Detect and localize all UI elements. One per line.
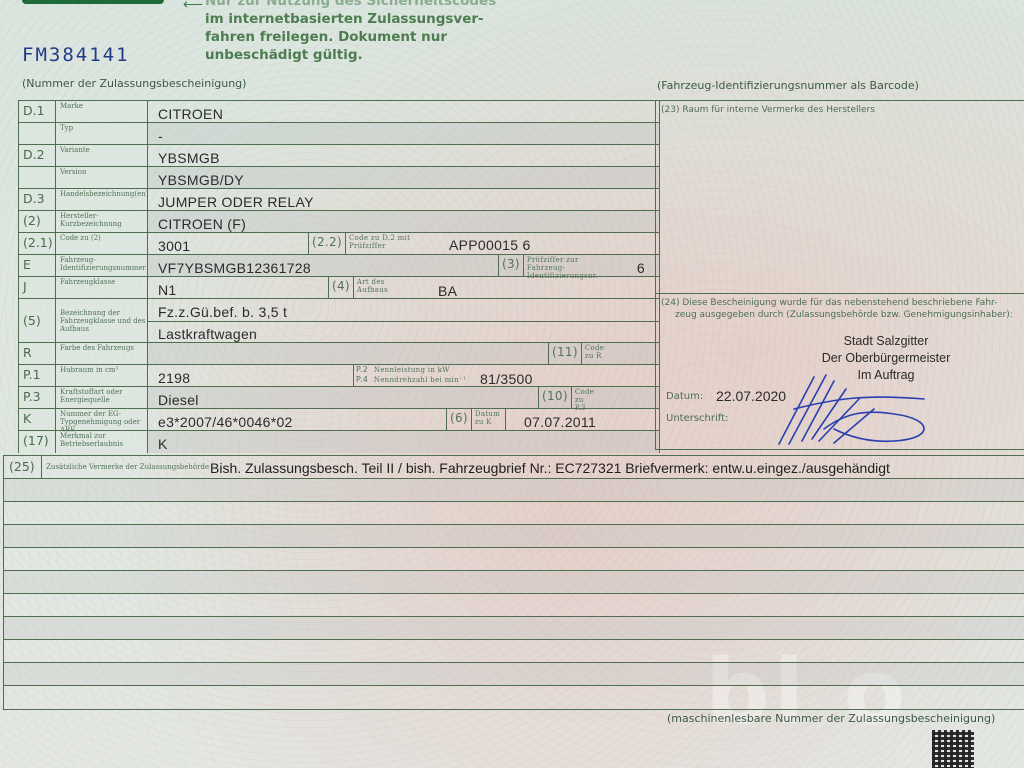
notice-line: Nur zur Nutzung des Sicherheitscodes <box>205 0 535 10</box>
field-value-body-type: BA <box>438 283 457 299</box>
remark-line <box>4 616 1024 639</box>
field-code: D.3 <box>18 189 56 210</box>
field-label: Nennleistung in kW <box>374 366 450 374</box>
field-code: D.1 <box>18 101 56 122</box>
field-value-remarks: Bish. Zulassungsbesch. Teil II / bish. F… <box>210 456 890 478</box>
fuel-type: Diesel <box>158 392 199 408</box>
authority-city: Stadt Salzgitter <box>806 333 966 350</box>
arrow-left-icon: ⟵ <box>183 0 203 13</box>
subfield-2-2: (2.2)Code zu D.2 mit Prüfziffer APP00015… <box>308 232 628 254</box>
type-approval-number: e3*2007/46*0046*02 <box>158 414 293 430</box>
field-label: Hersteller-Kurzbezeichnung <box>56 211 148 232</box>
field-label: Bezeichnung der Fahrzeugklasse und des A… <box>56 299 148 342</box>
remark-line <box>4 662 1024 685</box>
field-code: E <box>18 255 56 276</box>
remark-line <box>4 478 1024 501</box>
field-value-class-description: Fz.z.Gü.bef. b. 3,5 t Lastkraftwagen <box>148 299 660 342</box>
security-code-strip <box>22 0 164 4</box>
field-label: Typ <box>56 123 148 144</box>
notice-line: unbeschädigt gültig. <box>205 46 535 64</box>
row-d1: D.1 Marke CITROEN <box>18 100 660 122</box>
certificate-number-caption: (Nummer der Zulassungsbescheinigung) <box>22 77 246 90</box>
issued-by-label: (24) Diese Bescheinigung wurde für das n… <box>661 297 1021 321</box>
field-label: Handelsbezeichnung(en) <box>56 189 148 210</box>
subfield-3: (3)Prüfziffer zur Fahrzeug-Identifizieru… <box>498 254 628 276</box>
field-code: D.2 <box>18 145 56 166</box>
row-25: (25) Zusätzliche Vermerke der Zulassungs… <box>4 455 1024 478</box>
issued-by-label-line2: zeug ausgegeben durch (Zulassungsbehörde… <box>661 309 1021 321</box>
row-5: (5) Bezeichnung der Fahrzeugklasse und d… <box>18 298 660 342</box>
displacement: 2198 <box>158 370 190 386</box>
field-value-fuel: Diesel (10)Code zu P.3 <box>148 387 660 408</box>
field-label: Farbe des Fahrzeugs <box>56 343 148 364</box>
field-label: Nummer der EG-Typgenehmigung oder ABE <box>56 409 148 430</box>
field-code: (4) <box>329 276 353 296</box>
vin: VF7YBSMGB12361728 <box>158 260 311 276</box>
field-label: Code zu P.3 <box>571 386 599 408</box>
notice-line: im internetbasierten Zulassungsver- <box>205 10 535 28</box>
field-label: Fahrzeug-Identifizierungsnummer <box>56 255 148 276</box>
field-value-displacement: 2198 P.2 Nennleistung in kW P.4 Nenndreh… <box>148 365 660 386</box>
field-label: Version <box>56 167 148 188</box>
row-d2-version: Version YBSMGB/DY <box>18 166 660 188</box>
field-value-trade-name: JUMPER ODER RELAY <box>148 189 660 210</box>
vehicle-class: N1 <box>158 282 177 298</box>
issued-by-label-line1: (24) Diese Bescheinigung wurde für das n… <box>661 297 1021 309</box>
row-r: R Farbe des Fahrzeugs (11)Code zu R <box>18 342 660 364</box>
field-value-type: - <box>148 123 660 144</box>
vin-barcode-caption: (Fahrzeug-Identifizierungsnummer als Bar… <box>657 79 919 92</box>
field-label: Nenndrehzahl bei min⁻¹ <box>374 376 466 384</box>
divider <box>656 293 1024 294</box>
field-code: P.2 <box>356 365 368 374</box>
row-d2-typ: Typ - <box>18 122 660 144</box>
additional-remarks: (25) Zusätzliche Vermerke der Zulassungs… <box>3 455 1024 710</box>
signature-icon <box>774 369 944 449</box>
field-label: Code zu D.2 mit Prüfziffer <box>345 232 415 254</box>
field-code: (2) <box>18 211 56 232</box>
field-value-manufacturer-code: 3001 (2.2)Code zu D.2 mit Prüfziffer APP… <box>148 233 660 254</box>
row-2: (2) Hersteller-Kurzbezeichnung CITROEN (… <box>18 210 660 232</box>
row-k: K Nummer der EG-Typgenehmigung oder ABE … <box>18 408 660 430</box>
field-label: Code zu (2) <box>56 233 148 254</box>
field-code <box>18 167 56 188</box>
datamatrix-barcode-icon <box>932 730 974 768</box>
remark-line <box>4 524 1024 547</box>
machine-readable-caption: (maschinenlesbare Nummer der Zulassungsb… <box>667 712 995 725</box>
field-value-approval-date: 07.07.2011 <box>524 414 596 430</box>
authority-office: Der Oberbürgermeister <box>806 350 966 367</box>
subfield-6: (6)Datum zu K <box>446 408 506 430</box>
row-p3: P.3 Kraftstoffart oder Energiequelle Die… <box>18 386 660 408</box>
field-code: (5) <box>18 299 56 342</box>
remark-line <box>4 593 1024 616</box>
remark-line <box>4 570 1024 593</box>
field-code: (10) <box>539 386 571 406</box>
field-value-variant: YBSMGB <box>148 145 660 166</box>
manufacturer-notes-label: (23) Raum für interne Vermerke des Herst… <box>661 105 875 115</box>
field-label: Variante <box>56 145 148 166</box>
row-d2-variante: D.2 Variante YBSMGB <box>18 144 660 166</box>
subfield-4: (4)Art des Aufbaus <box>328 276 408 298</box>
field-code <box>18 123 56 144</box>
field-value-version: YBSMGB/DY <box>148 167 660 188</box>
field-code: (3) <box>499 254 523 274</box>
field-value-type-approval: e3*2007/46*0046*02 (6)Datum zu K 07.07.2… <box>148 409 660 430</box>
field-code: P.4 <box>356 375 368 384</box>
field-code: P.1 <box>18 365 56 386</box>
remark-line <box>4 685 1024 710</box>
field-code: (25) <box>4 456 42 478</box>
field-label: Art des Aufbaus <box>353 276 397 298</box>
field-label: Kraftstoffart oder Energiequelle <box>56 387 148 408</box>
subfield-11: (11)Code zu R <box>548 342 628 364</box>
class-description-line1: Fz.z.Gü.bef. b. 3,5 t <box>148 299 659 321</box>
field-code: (2.2) <box>309 232 345 252</box>
field-label: Hubraum in cm³ <box>56 365 148 386</box>
row-e: E Fahrzeug-Identifizierungsnummer VF7YBS… <box>18 254 660 276</box>
field-value-power: 81/3500 <box>480 371 533 387</box>
field-label: Zusätzliche Vermerke der Zulassungsbehör… <box>42 456 210 478</box>
remark-line <box>4 547 1024 570</box>
field-code: (6) <box>447 408 471 428</box>
field-code: (11) <box>549 342 581 362</box>
field-value-color: (11)Code zu R <box>148 343 660 364</box>
field-code: R <box>18 343 56 364</box>
field-value-check-digit: 6 <box>637 260 645 276</box>
subfield-10: (10)Code zu P.3 <box>538 386 628 408</box>
subfield-p2-p4: P.2 Nennleistung in kW P.4 Nenndrehzahl … <box>353 364 473 386</box>
row-2-1: (2.1) Code zu (2) 3001 (2.2)Code zu D.2 … <box>18 232 660 254</box>
field-code: J <box>18 277 56 298</box>
signature-label: Unterschrift: <box>666 413 728 424</box>
field-label: Datum zu K <box>471 408 497 430</box>
field-value-operating-permit: K <box>148 431 660 453</box>
row-j: J Fahrzeugklasse N1 (4)Art des Aufbaus B… <box>18 276 660 298</box>
field-code: P.3 <box>18 387 56 408</box>
field-code: (2.1) <box>18 233 56 254</box>
notice-line: fahren freilegen. Dokument nur <box>205 28 535 46</box>
field-value-vehicle-class: N1 (4)Art des Aufbaus BA <box>148 277 660 298</box>
certificate-number: FM384141 <box>22 44 130 66</box>
field-label: Marke <box>56 101 148 122</box>
field-label: Fahrzeugklasse <box>56 277 148 298</box>
field-value-make: CITROEN <box>148 101 660 122</box>
remark-line <box>4 639 1024 662</box>
remark-line <box>4 501 1024 524</box>
field-value-vin: VF7YBSMGB12361728 (3)Prüfziffer zur Fahr… <box>148 255 660 276</box>
field-value-type-code: APP00015 6 <box>449 237 531 253</box>
field-code: K <box>18 409 56 430</box>
field-label: Prüfziffer zur Fahrzeug-Identifizierungs… <box>523 254 613 276</box>
security-notice: Nur zur Nutzung des Sicherheitscodes im … <box>205 0 535 64</box>
field-label: Code zu R <box>581 342 609 364</box>
date-label: Datum: <box>666 391 703 402</box>
row-17: (17) Merkmal zur Betriebserlaubnis K <box>18 430 660 453</box>
class-description-line2: Lastkraftwagen <box>148 321 659 343</box>
row-p1: P.1 Hubraum in cm³ 2198 P.2 Nennleistung… <box>18 364 660 386</box>
issuer-panel: (23) Raum für interne Vermerke des Herst… <box>655 100 1024 450</box>
field-value-manufacturer: CITROEN (F) <box>148 211 660 232</box>
manufacturer-code: 3001 <box>158 238 190 254</box>
row-d3: D.3 Handelsbezeichnung(en) JUMPER ODER R… <box>18 188 660 210</box>
field-code: (17) <box>18 431 56 453</box>
field-label: Merkmal zur Betriebserlaubnis <box>56 431 148 453</box>
